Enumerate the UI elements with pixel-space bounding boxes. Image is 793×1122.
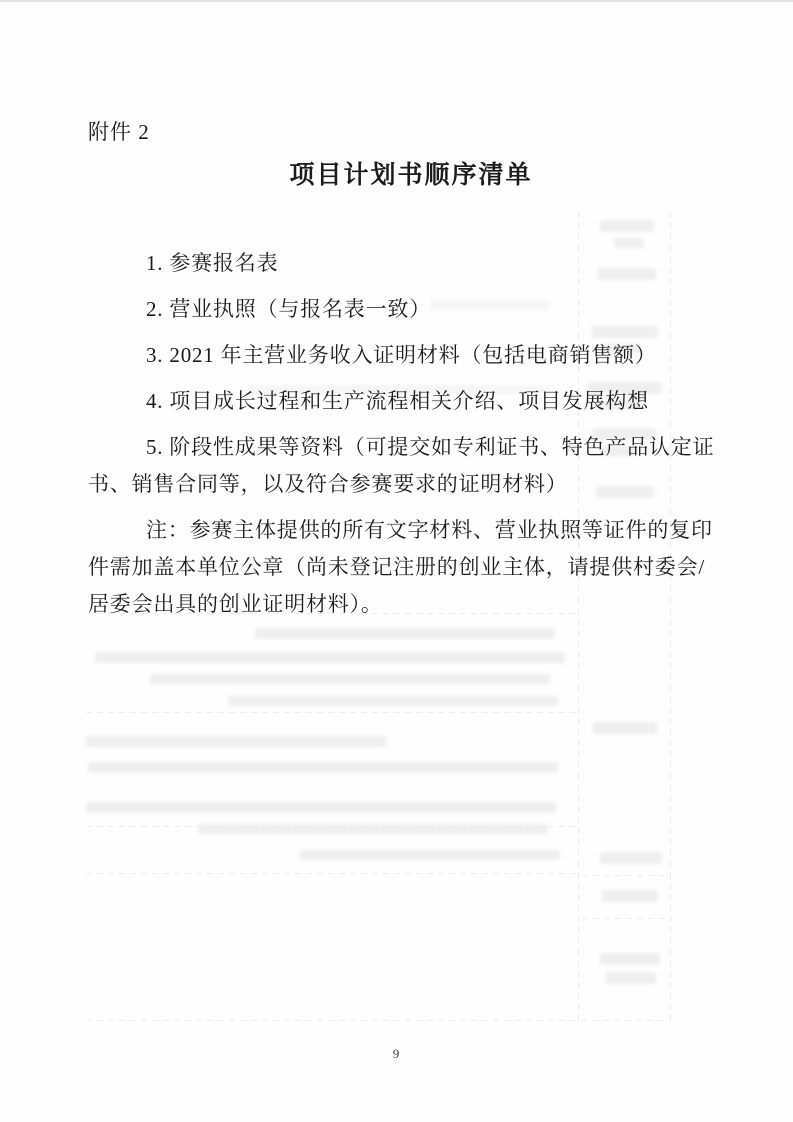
bleed-through-rule — [582, 875, 668, 876]
list-item-4: 4. 项目成长过程和生产流程相关介绍、项目发展构想 — [88, 383, 706, 420]
list-item-3: 3. 2021 年主营业务收入证明材料（包括电商销售额） — [88, 337, 706, 374]
list-item-line: 3. 2021 年主营业务收入证明材料（包括电商销售额） — [88, 337, 706, 374]
list-item-line: 2. 营业执照（与报名表一致） — [88, 291, 706, 328]
attachment-label: 附件 2 — [88, 118, 706, 146]
bleed-through-artifact — [228, 696, 558, 706]
list-item-line: 书、销售合同等，以及符合参赛要求的证明材料） — [88, 466, 706, 503]
list-item-line: 1. 参赛报名表 — [88, 245, 706, 282]
bleed-through-artifact — [86, 802, 556, 813]
bleed-through-rule — [86, 873, 576, 874]
note-paragraph: 注：参赛主体提供的所有文字材料、营业执照等证件的复印 件需加盖本单位公章（尚未登… — [88, 512, 706, 623]
note-line: 件需加盖本单位公章（尚未登记注册的创业主体，请提供村委会/ — [88, 549, 706, 586]
bleed-through-artifact — [600, 852, 662, 864]
note-line: 居委会出具的创业证明材料）。 — [88, 586, 706, 623]
bleed-through-artifact — [602, 890, 658, 902]
scan-edge — [0, 0, 793, 2]
list-item-1: 1. 参赛报名表 — [88, 245, 706, 282]
bleed-through-rule — [86, 826, 576, 827]
list-item-line: 5. 阶段性成果等资料（可提交如专利证书、特色产品认定证 — [88, 429, 706, 466]
note-line: 注：参赛主体提供的所有文字材料、营业执照等证件的复印 — [88, 512, 706, 549]
bleed-through-artifact — [95, 652, 565, 663]
bleed-through-artifact — [600, 953, 660, 965]
bleed-through-artifact — [300, 850, 560, 860]
scanned-document-page: 附件 2 项目计划书顺序清单 1. 参赛报名表 2. 营业执照（与报名表一致） … — [0, 0, 793, 1122]
page-number: 9 — [0, 1046, 793, 1062]
bleed-through-artifact — [150, 674, 550, 684]
bleed-through-artifact — [606, 972, 656, 984]
list-item-2: 2. 营业执照（与报名表一致） — [88, 291, 706, 328]
bleed-through-rule — [86, 712, 576, 713]
bleed-through-rule — [582, 918, 668, 919]
bleed-through-artifact — [198, 824, 548, 834]
list-item-5: 5. 阶段性成果等资料（可提交如专利证书、特色产品认定证 书、销售合同等，以及符… — [88, 429, 706, 503]
document-title: 项目计划书顺序清单 — [102, 160, 720, 192]
list-item-line: 4. 项目成长过程和生产流程相关介绍、项目发展构想 — [88, 383, 706, 420]
bleed-through-rule — [86, 1020, 670, 1021]
bleed-through-artifact — [593, 722, 657, 734]
document-body: 1. 参赛报名表 2. 营业执照（与报名表一致） 3. 2021 年主营业务收入… — [88, 245, 706, 623]
bleed-through-artifact — [88, 762, 558, 773]
bleed-through-artifact — [86, 736, 386, 747]
document-content: 附件 2 项目计划书顺序清单 1. 参赛报名表 2. 营业执照（与报名表一致） … — [88, 118, 706, 632]
